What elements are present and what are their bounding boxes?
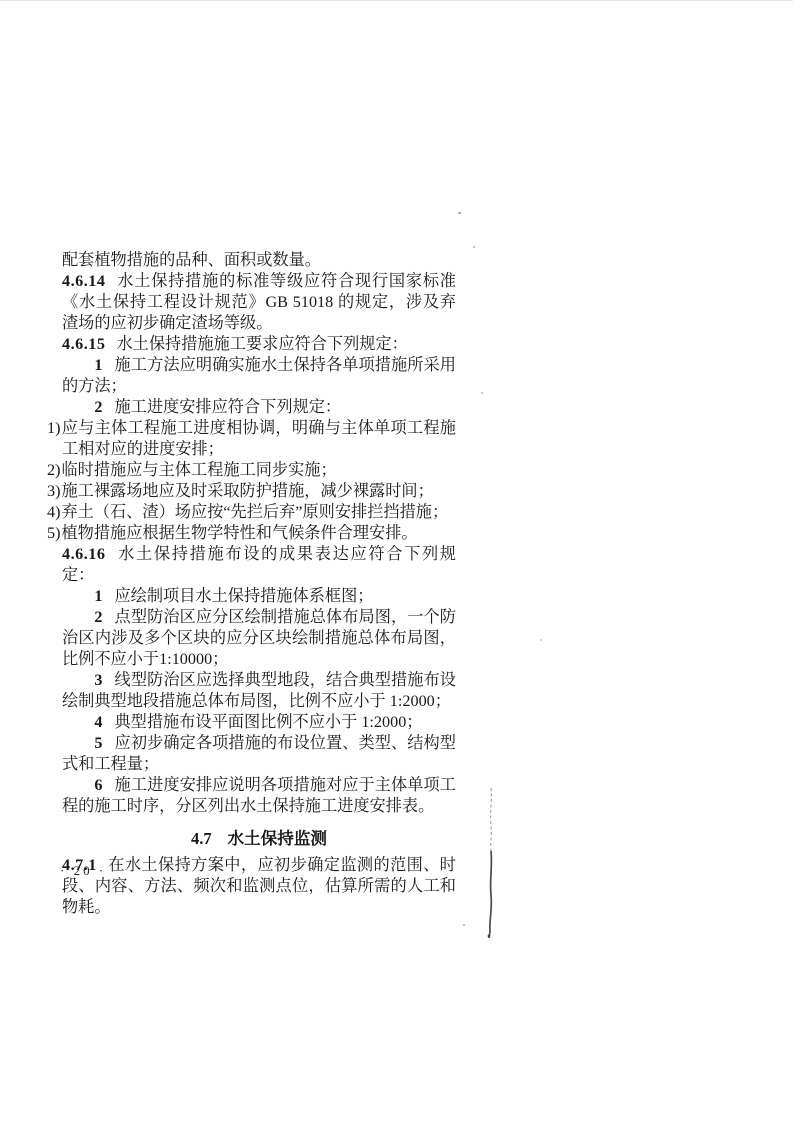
- sub-item-number: 5): [47, 524, 60, 542]
- document-body: 配套植物措施的品种、面积或数量。 4.6.14水土保持措施的标准等级应符合现行国…: [62, 250, 456, 918]
- scan-line-artifact: [482, 785, 500, 945]
- paragraph-text: 配套植物措施的品种、面积或数量。: [62, 251, 321, 269]
- item-number: 1: [94, 587, 102, 605]
- page-number: · 20 ·: [60, 863, 106, 879]
- scan-speck: [473, 246, 475, 248]
- list-item-3: 3线型防治区应选择典型地段，结合典型措施布设绘制典型地段措施总体布局图，比例不应…: [62, 670, 456, 712]
- item-number: 6: [94, 776, 102, 794]
- sub-item-5: 5)植物措施应根据生物学特性和气候条件合理安排。: [62, 523, 456, 544]
- clause-4-7-1: 4.7.1在水土保持方案中，应初步确定监测的范围、时段、内容、方法、频次和监测点…: [62, 855, 456, 918]
- clause-text: 水土保持措施布设的成果表达应符合下列规定：: [62, 545, 456, 584]
- list-item-6: 6施工进度安排应说明各项措施对应于主体单项工程的施工时序，分区列出水土保持施工进…: [62, 775, 456, 817]
- section-heading-4-7: 4.7水土保持监测: [62, 828, 456, 849]
- section-title: 水土保持监测: [227, 829, 327, 848]
- sub-item-4: 4)弃土（石、渣）场应按“先拦后弃”原则安排拦挡措施；: [62, 502, 456, 523]
- clause-number: 4.6.15: [62, 335, 105, 353]
- sub-item-3: 3)施工裸露场地应及时采取防护措施，减少裸露时间；: [62, 481, 456, 502]
- scan-speck: [481, 392, 483, 394]
- list-item-1: 1应绘制项目水土保持措施体系框图；: [62, 586, 456, 607]
- item-number: 3: [94, 671, 102, 689]
- clause-number: 4.6.16: [62, 545, 105, 563]
- item-number: 2: [94, 398, 102, 416]
- item-number: 2: [94, 608, 102, 626]
- sub-item-text: 施工裸露场地应及时采取防护措施，减少裸露时间；: [61, 482, 433, 500]
- sub-item-number: 2): [47, 461, 60, 479]
- clause-text: 水土保持措施施工要求应符合下列规定：: [116, 335, 407, 353]
- sub-item-1: 1)应与主体工程施工进度相协调，明确与主体单项工程施工相对应的进度安排；: [62, 418, 456, 460]
- item-text: 典型措施布设平面图比例不应小于 1:2000；: [114, 713, 422, 731]
- scan-speck: [540, 639, 542, 641]
- sub-item-text: 应与主体工程施工进度相协调，明确与主体单项工程施工相对应的进度安排；: [61, 419, 456, 458]
- item-number: 1: [94, 356, 102, 374]
- sub-item-number: 1): [47, 419, 60, 437]
- list-item-2: 2点型防治区应分区绘制措施总体布局图，一个防治区内涉及多个区块的应分区块绘制措施…: [62, 607, 456, 670]
- list-item-5: 5应初步确定各项措施的布设位置、类型、结构型式和工程量；: [62, 733, 456, 775]
- scan-top-edge: [0, 0, 793, 1]
- clause-4-6-15: 4.6.15水土保持措施施工要求应符合下列规定：: [62, 334, 456, 355]
- scan-speck: [458, 212, 461, 214]
- scanned-document-page: 配套植物措施的品种、面积或数量。 4.6.14水土保持措施的标准等级应符合现行国…: [0, 0, 793, 1122]
- item-text: 应初步确定各项措施的布设位置、类型、结构型式和工程量；: [62, 734, 456, 773]
- clause-4-6-16: 4.6.16水土保持措施布设的成果表达应符合下列规定：: [62, 544, 456, 586]
- item-text: 点型防治区应分区绘制措施总体布局图，一个防治区内涉及多个区块的应分区块绘制措施总…: [62, 608, 456, 668]
- sub-item-number: 4): [47, 503, 60, 521]
- clause-number: 4.6.14: [62, 272, 105, 290]
- clause-text: 在水土保持方案中，应初步确定监测的范围、时段、内容、方法、频次和监测点位，估算所…: [62, 856, 456, 916]
- clause-4-6-14: 4.6.14水土保持措施的标准等级应符合现行国家标准《水土保持工程设计规范》GB…: [62, 271, 456, 334]
- item-text: 施工方法应明确实施水土保持各单项措施所采用的方法；: [62, 356, 456, 395]
- sub-item-text: 植物措施应根据生物学特性和气候条件合理安排。: [61, 524, 417, 542]
- item-text: 施工进度安排应符合下列规定：: [114, 398, 341, 416]
- list-item-4: 4典型措施布设平面图比例不应小于 1:2000；: [62, 712, 456, 733]
- section-number: 4.7: [191, 829, 212, 848]
- paragraph-continuation: 配套植物措施的品种、面积或数量。: [62, 250, 456, 271]
- item-text: 线型防治区应选择典型地段，结合典型措施布设绘制典型地段措施总体布局图，比例不应小…: [62, 671, 456, 710]
- sub-item-text: 临时措施应与主体工程施工同步实施；: [61, 461, 336, 479]
- item-number: 4: [94, 713, 102, 731]
- item-text: 应绘制项目水土保持措施体系框图；: [114, 587, 373, 605]
- scan-speck: [463, 924, 465, 926]
- list-item-1: 1施工方法应明确实施水土保持各单项措施所采用的方法；: [62, 355, 456, 397]
- sub-item-number: 3): [47, 482, 60, 500]
- sub-item-text: 弃土（石、渣）场应按“先拦后弃”原则安排拦挡措施；: [61, 503, 448, 521]
- clause-text: 水土保持措施的标准等级应符合现行国家标准《水土保持工程设计规范》GB 51018…: [62, 272, 456, 332]
- list-item-2: 2施工进度安排应符合下列规定：: [62, 397, 456, 418]
- sub-item-2: 2)临时措施应与主体工程施工同步实施；: [62, 460, 456, 481]
- item-number: 5: [94, 734, 102, 752]
- item-text: 施工进度安排应说明各项措施对应于主体单项工程的施工时序，分区列出水土保持施工进度…: [62, 776, 456, 815]
